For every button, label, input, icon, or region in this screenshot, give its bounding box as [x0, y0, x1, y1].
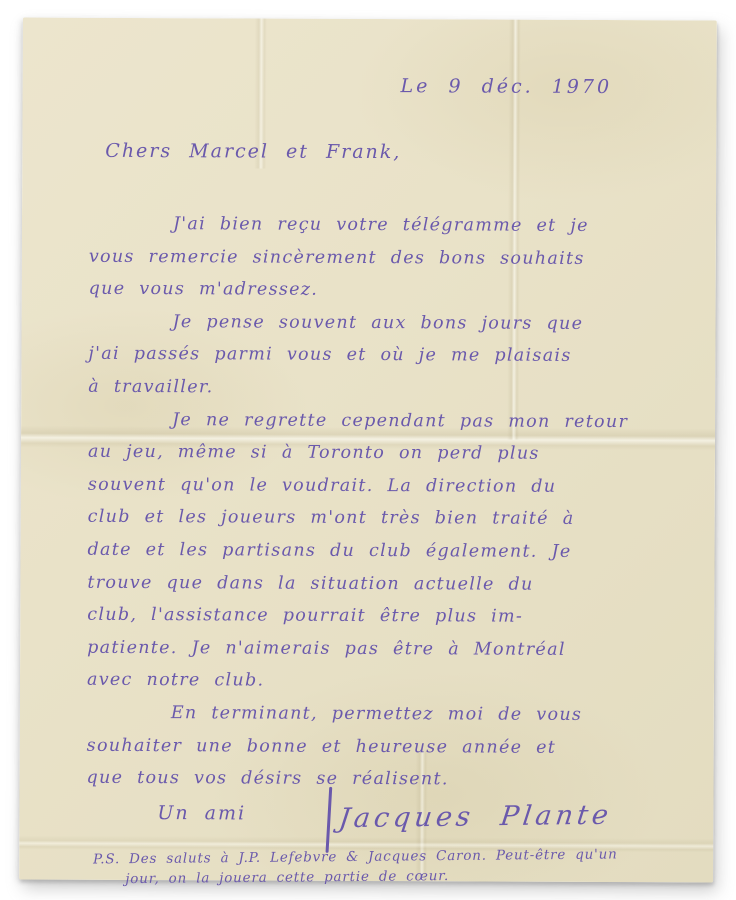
letter-line: date et les partisans du club également.… — [87, 534, 667, 569]
letter-line: trouve que dans la situation actuelle du — [87, 566, 667, 601]
letter-body: J'ai bien reçu votre télégramme et je vo… — [86, 208, 669, 797]
letter-date: Le 9 déc. 1970 — [401, 75, 613, 98]
letter-line: club, l'assistance pourrait être plus im… — [87, 599, 667, 634]
letter-line: club et les joueurs m'ont très bien trai… — [88, 501, 668, 536]
letter-paper: Le 9 déc. 1970 Chers Marcel et Frank, J'… — [19, 17, 717, 882]
letter-line: que vous m'adressez. — [89, 273, 669, 308]
letter-line: souvent qu'on le voudrait. La direction … — [88, 469, 668, 504]
letter-line: souhaiter une bonne et heureuse année et — [87, 729, 667, 764]
letter-line: Je ne regrette cependant pas mon retour — [88, 403, 668, 438]
letter-line: j'ai passés parmi vous et où je me plais… — [88, 338, 668, 373]
postscript-line: jour, on la jouera cette partie de cœur. — [93, 864, 618, 889]
letter-line: à travailler. — [88, 371, 668, 406]
letter-closing: Un ami — [157, 802, 246, 824]
letter-line: En terminant, permettez moi de vous — [87, 697, 667, 732]
letter-line: Je pense souvent aux bons jours que — [88, 306, 668, 341]
letter-line: avec notre club. — [87, 664, 667, 699]
letter-line: J'ai bien reçu votre télégramme et je — [89, 208, 669, 243]
letter-salutation: Chers Marcel et Frank, — [105, 140, 401, 163]
postscript: P.S. Des saluts à J.P. Lefebvre & Jacque… — [93, 844, 618, 889]
letter-line: vous remercie sincèrement des bons souha… — [89, 240, 669, 275]
scanned-letter-scene: Le 9 déc. 1970 Chers Marcel et Frank, J'… — [0, 0, 736, 900]
signature-flourish-stroke — [326, 787, 332, 853]
signature: Jacques Plante — [337, 800, 614, 835]
letter-line: au jeu, même si à Toronto on perd plus — [88, 436, 668, 471]
letter-line: patiente. Je n'aimerais pas être à Montr… — [87, 631, 667, 666]
